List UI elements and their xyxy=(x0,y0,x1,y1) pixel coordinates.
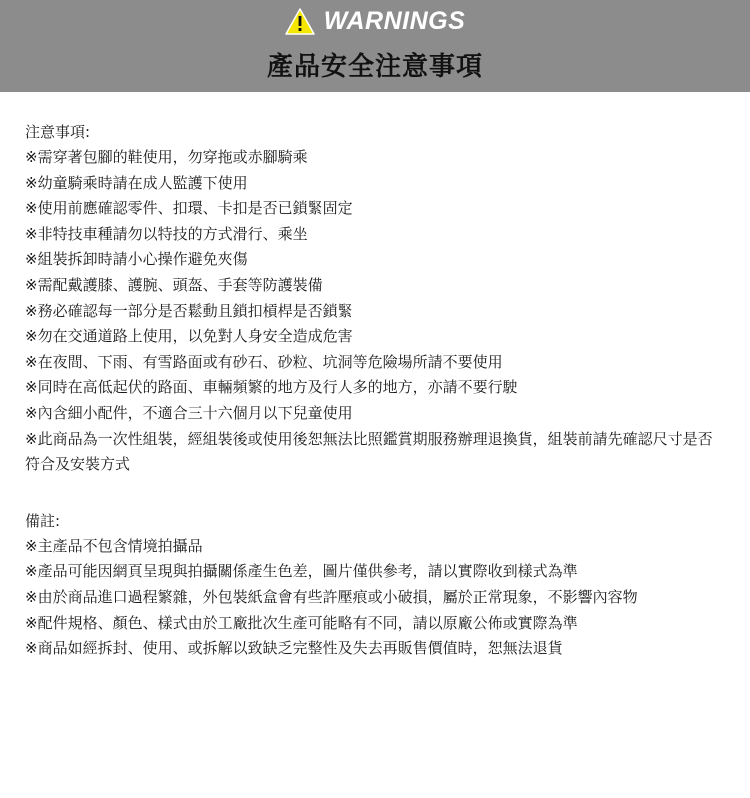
notices-heading: 注意事項: xyxy=(25,120,750,145)
remark-item: ※產品可能因網頁呈現與拍攝關係產生色差，圖片僅供參考，請以實際收到樣式為準 xyxy=(25,559,725,585)
notice-item: ※非特技車種請勿以特技的方式滑行、乘坐 xyxy=(25,222,725,248)
remark-item: ※主產品不包含情境拍攝品 xyxy=(25,534,725,560)
notice-item: ※需穿著包腳的鞋使用，勿穿拖或赤腳騎乘 xyxy=(25,145,725,171)
notice-item: ※需配戴護膝、護腕、頭盔、手套等防護裝備 xyxy=(25,273,725,299)
remark-item: ※配件規格、顏色、樣式由於工廠批次生產可能略有不同，請以原廠公佈或實際為準 xyxy=(25,611,725,637)
warning-triangle-icon xyxy=(285,8,315,35)
banner-title: WARNINGS xyxy=(324,7,466,36)
notice-item: ※勿在交通道路上使用，以免對人身安全造成危害 xyxy=(25,324,725,350)
notice-item: ※務必確認每一部分是否鬆動且鎖扣槓桿是否鎖緊 xyxy=(25,299,725,325)
notice-item: ※在夜間、下雨、有雪路面或有砂石、砂粒、坑洞等危險場所請不要使用 xyxy=(25,350,725,376)
notice-item: ※使用前應確認零件、扣環、卡扣是否已鎖緊固定 xyxy=(25,196,725,222)
remarks-section: 備註: ※主產品不包含情境拍攝品 ※產品可能因網頁呈現與拍攝關係產生色差，圖片僅… xyxy=(25,509,750,662)
notice-item: ※內含細小配件，不適合三十六個月以下兒童使用 xyxy=(25,401,725,427)
notice-item: ※同時在高低起伏的路面、車輛頻繁的地方及行人多的地方，亦請不要行駛 xyxy=(25,375,725,401)
warnings-banner: WARNINGS 產品安全注意事項 xyxy=(0,0,750,92)
remarks-heading: 備註: xyxy=(25,509,750,534)
notices-section: 注意事項: ※需穿著包腳的鞋使用，勿穿拖或赤腳騎乘 ※幼童騎乘時請在成人監護下使… xyxy=(25,120,750,478)
notice-item: ※此商品為一次性組裝，經組裝後或使用後恕無法比照鑑賞期服務辦理退換貨，組裝前請先… xyxy=(25,427,725,478)
banner-title-row: WARNINGS xyxy=(285,6,466,36)
section-gap xyxy=(25,478,750,509)
banner-subtitle: 產品安全注意事項 xyxy=(267,46,483,83)
content: 注意事項: ※需穿著包腳的鞋使用，勿穿拖或赤腳騎乘 ※幼童騎乘時請在成人監護下使… xyxy=(0,92,750,662)
notice-item: ※幼童騎乘時請在成人監護下使用 xyxy=(25,171,725,197)
notice-item: ※組裝拆卸時請小心操作避免夾傷 xyxy=(25,247,725,273)
remark-item: ※商品如經拆封、使用、或拆解以致缺乏完整性及失去再販售價值時，恕無法退貨 xyxy=(25,636,725,662)
remark-item: ※由於商品進口過程繁雜，外包裝紙盒會有些許壓痕或小破損，屬於正常現象，不影響內容… xyxy=(25,585,725,611)
